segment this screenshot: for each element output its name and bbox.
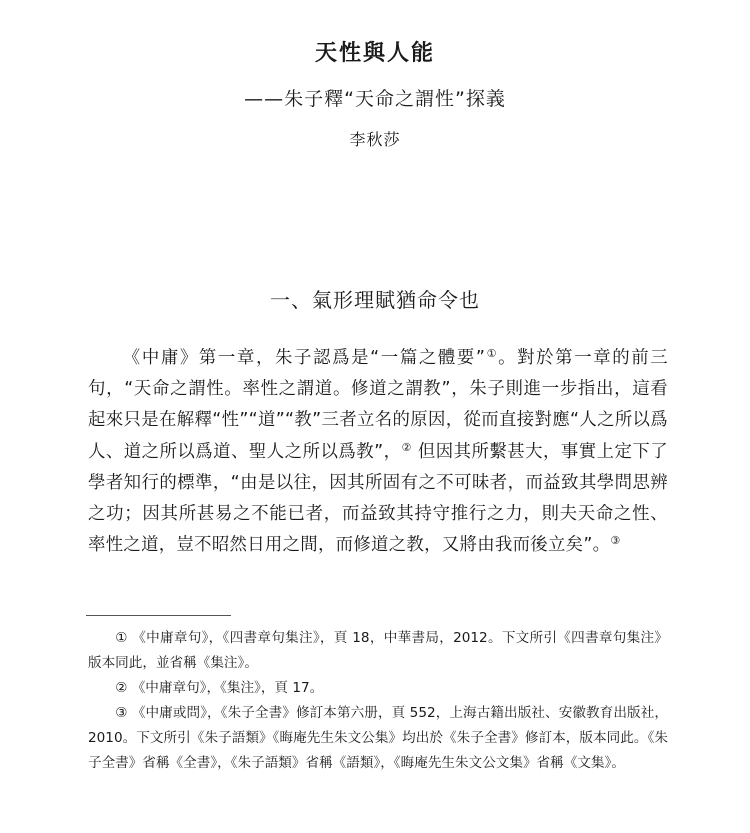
footnote-ref-3[interactable]: ③ <box>610 534 620 547</box>
footnote-marker: ① <box>115 630 127 646</box>
article-title: 天性與人能 <box>0 36 750 67</box>
footnote-ref-1[interactable]: ① <box>485 347 498 360</box>
author-name: 李秋莎 <box>0 127 750 150</box>
footnote-text: 《中庸或問》，《朱子全書》修訂本第六册，頁 552，上海古籍出版社、安徽教育出版… <box>88 705 668 771</box>
footnote-text: 《中庸章句》，《集注》，頁 17。 <box>127 680 323 696</box>
article-subtitle: ——朱子釋“天命之謂性”探義 <box>0 84 750 111</box>
footnote-item: ② 《中庸章句》，《集注》，頁 17。 <box>88 676 668 701</box>
footnote-marker: ② <box>115 680 127 696</box>
footnote-text: 《中庸章句》，《四書章句集注》，頁 18，中華書局，2012。下文所引《四書章句… <box>88 630 668 671</box>
footnote-divider <box>86 615 231 616</box>
paragraph-text: 《中庸》第一章，朱子認爲是“一篇之體要” <box>123 348 485 368</box>
footnotes: ① 《中庸章句》，《四書章句集注》，頁 18，中華書局，2012。下文所引《四書… <box>88 626 668 776</box>
section-heading: 一、氣形理賦猶命令也 <box>0 284 750 313</box>
footnote-marker: ③ <box>115 705 127 721</box>
footnote-ref-2[interactable]: ② <box>401 441 411 454</box>
footnote-item: ① 《中庸章句》，《四書章句集注》，頁 18，中華書局，2012。下文所引《四書… <box>88 626 668 676</box>
body-paragraph: 《中庸》第一章，朱子認爲是“一篇之體要”①。對於第一章的前三句，“天命之謂性。率… <box>88 343 668 561</box>
footnote-item: ③ 《中庸或問》，《朱子全書》修訂本第六册，頁 552，上海古籍出版社、安徽教育… <box>88 701 668 776</box>
